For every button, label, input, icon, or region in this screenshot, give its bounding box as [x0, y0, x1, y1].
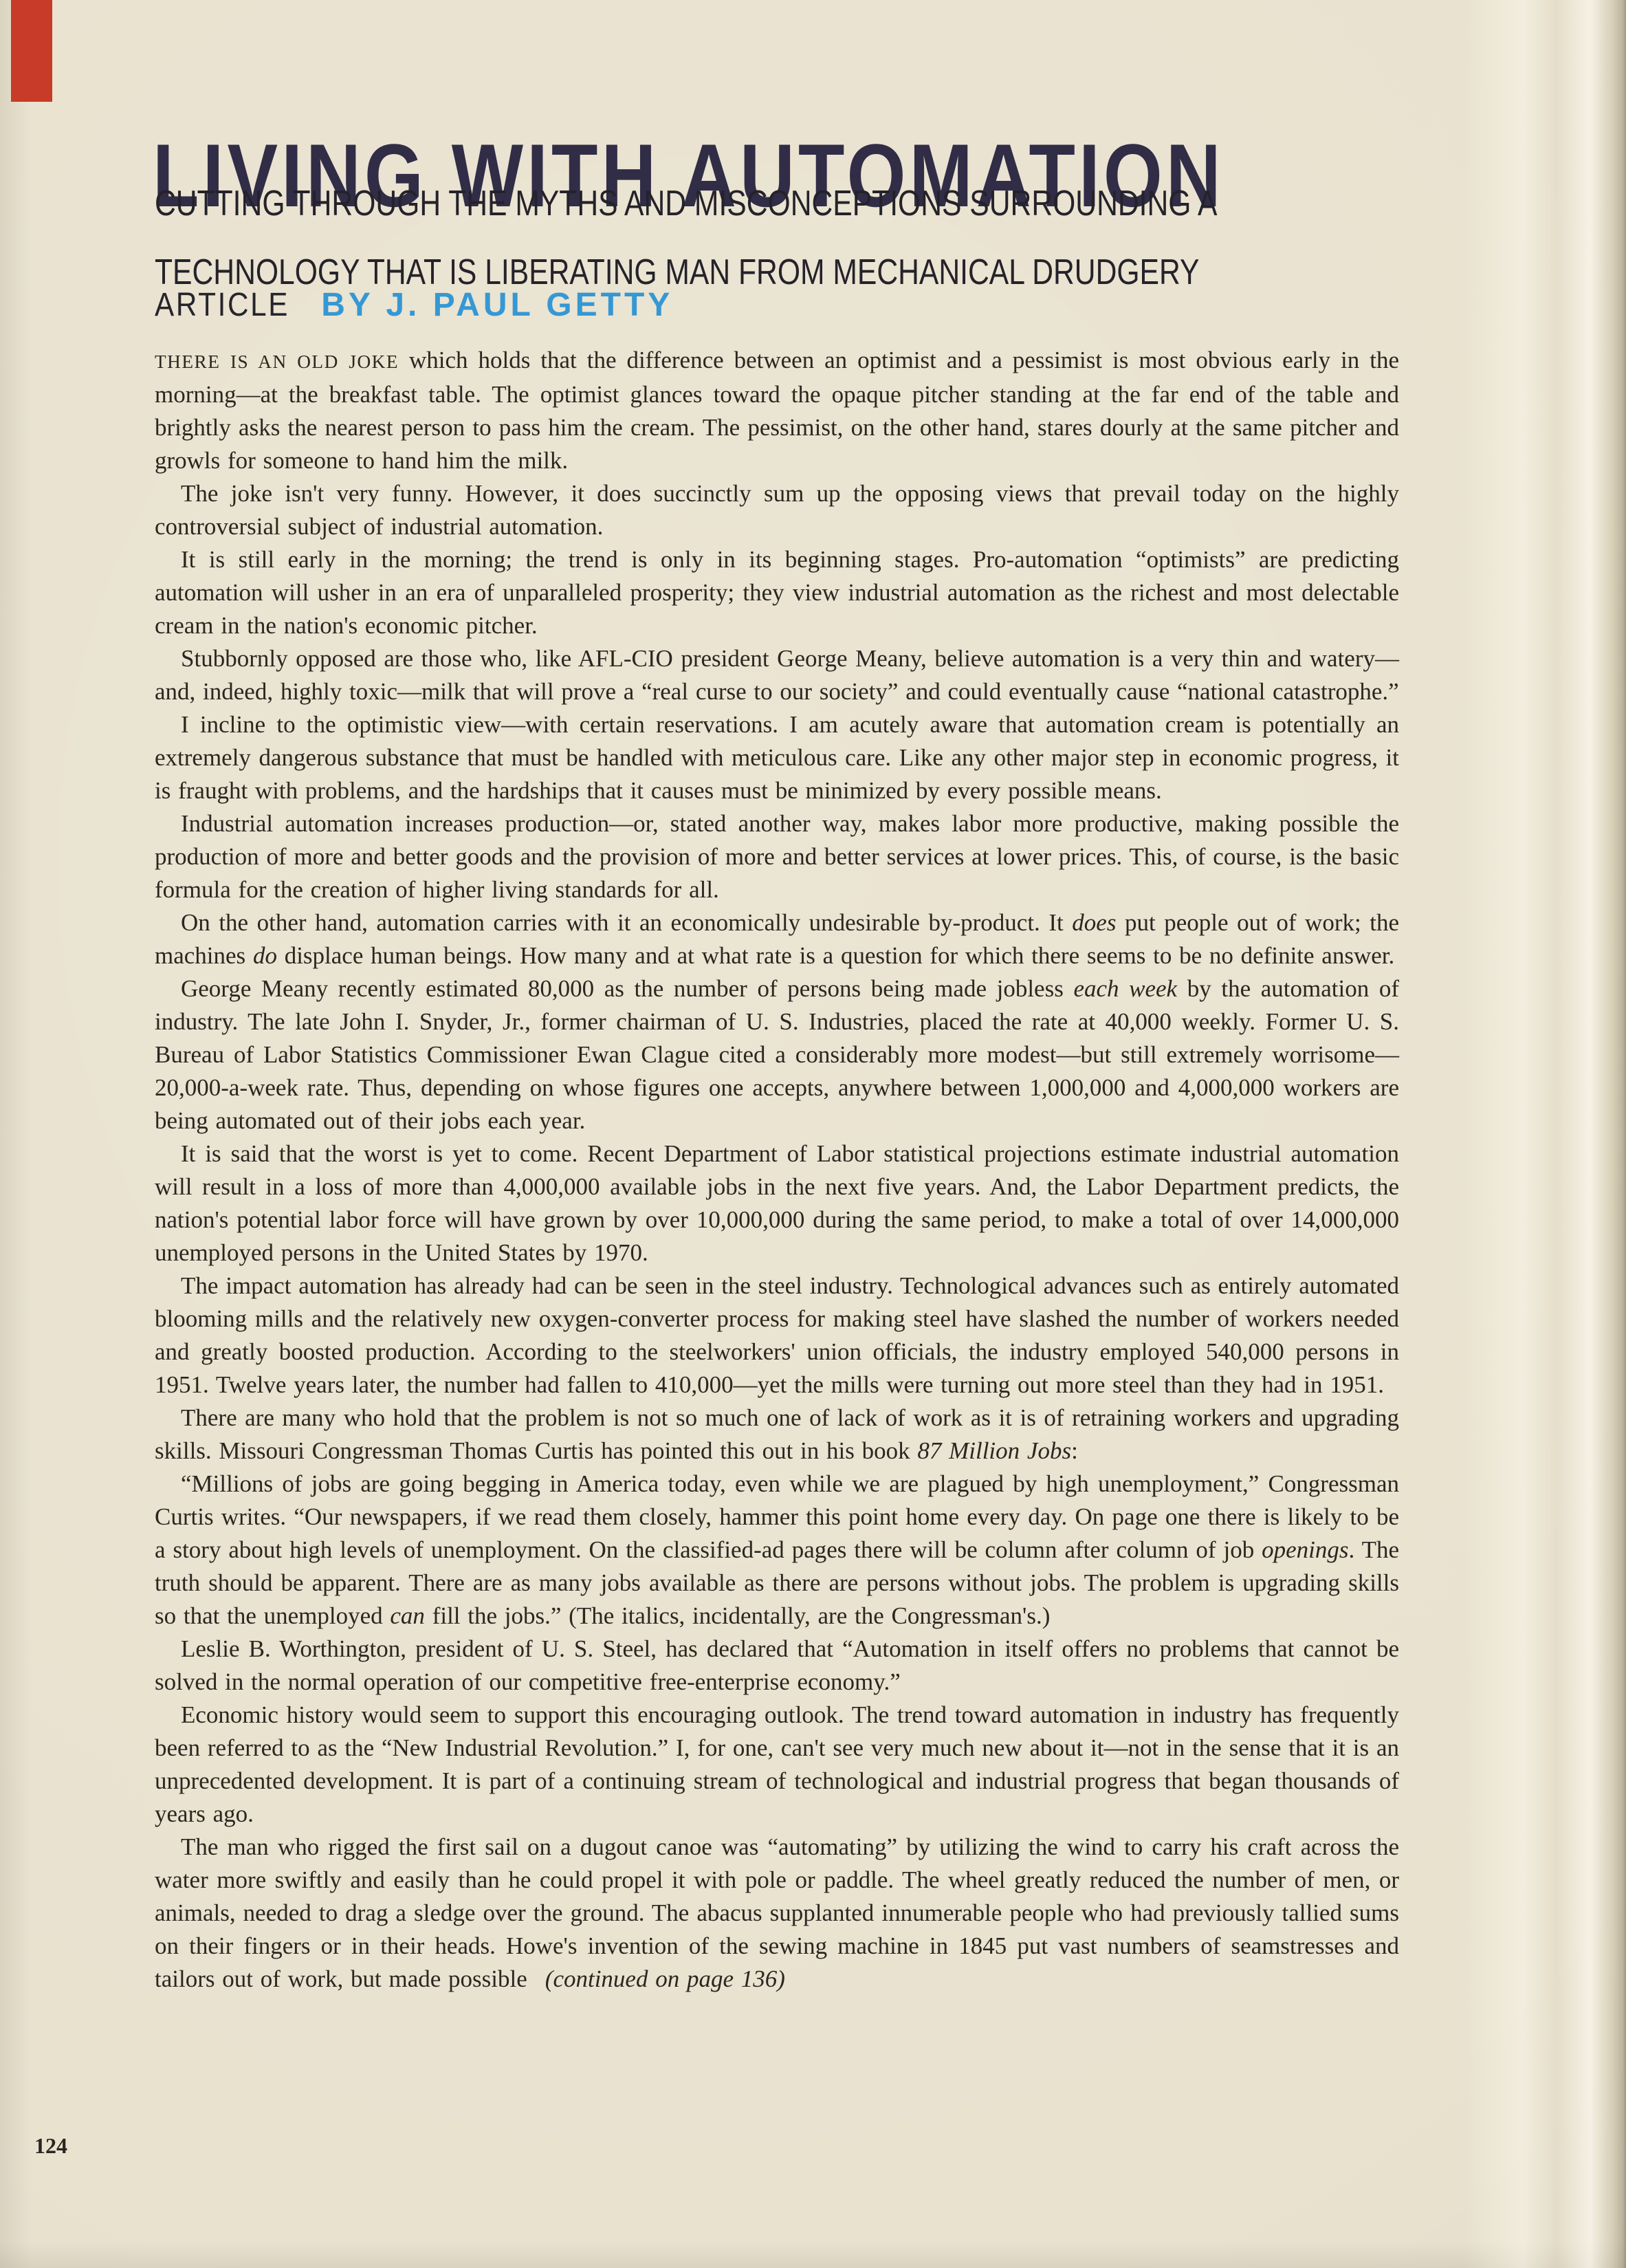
paragraph-segment: It is said that the worst is yet to come…: [155, 1140, 1399, 1266]
body-paragraph: “Millions of jobs are going begging in A…: [155, 1468, 1399, 1633]
paragraph-segment: Economic history would seem to support t…: [155, 1701, 1399, 1827]
paragraph-segment: Leslie B. Worthington, president of U. S…: [155, 1635, 1399, 1695]
magazine-page: LIVING WITH AUTOMATION CUTTING THROUGH T…: [0, 0, 1626, 2268]
body-paragraph: Economic history would seem to support t…: [155, 1699, 1399, 1831]
byline: BY J. PAUL GETTY: [321, 287, 673, 324]
paragraph-segment: fill the jobs.” (The italics, incidental…: [425, 1602, 1050, 1629]
paragraph-segment: :: [1071, 1437, 1078, 1464]
paragraph-segment: “Millions of jobs are going begging in A…: [155, 1470, 1399, 1563]
continued-note: (continued on page 136): [527, 1965, 785, 1992]
page-left-edge-shading: [0, 0, 32, 2268]
paragraph-segment: do: [253, 942, 277, 969]
paragraph-segment: displace human beings. How many and at w…: [277, 942, 1394, 969]
body-paragraph: The man who rigged the first sail on a d…: [155, 1831, 1399, 1996]
red-corner-mark: [11, 0, 52, 102]
body-paragraph: Stubbornly opposed are those who, like A…: [155, 642, 1399, 708]
paragraph-segment: can: [390, 1602, 425, 1629]
body-paragraph: Leslie B. Worthington, president of U. S…: [155, 1633, 1399, 1699]
page-number: 124: [34, 2133, 67, 2159]
body-paragraph: THERE IS AN OLD JOKE which holds that th…: [155, 344, 1399, 477]
body-paragraph: It is still early in the morning; the tr…: [155, 543, 1399, 642]
paragraph-segment: It is still early in the morning; the tr…: [155, 546, 1399, 639]
paragraph-segment: There are many who hold that the problem…: [155, 1404, 1399, 1464]
body-paragraph: It is said that the worst is yet to come…: [155, 1137, 1399, 1269]
paragraph-segment: The joke isn't very funny. However, it d…: [155, 480, 1399, 540]
paragraph-segment: Stubbornly opposed are those who, like A…: [155, 645, 1399, 705]
body-paragraph: Industrial automation increases producti…: [155, 807, 1399, 906]
body-paragraph: I incline to the optimistic view—with ce…: [155, 708, 1399, 807]
subtitle-line-1: CUTTING THROUGH THE MYTHS AND MISCONCEPT…: [155, 169, 1384, 238]
body-paragraph: The joke isn't very funny. However, it d…: [155, 477, 1399, 543]
article-kicker: ARTICLE BY J. PAUL GETTY: [155, 287, 673, 324]
paragraph-segment: each week: [1073, 975, 1177, 1002]
page-curl-shading: [1464, 0, 1626, 2268]
paragraph-segment: On the other hand, automation carries wi…: [181, 909, 1072, 936]
subtitle-line-1-text: CUTTING THROUGH THE MYTHS AND MISCONCEPT…: [155, 169, 1217, 238]
paragraph-segment: George Meany recently estimated 80,000 a…: [181, 975, 1073, 1002]
article-body: THERE IS AN OLD JOKE which holds that th…: [155, 344, 1399, 1996]
paragraph-segment: does: [1072, 909, 1116, 936]
paragraph-segment: I incline to the optimistic view—with ce…: [155, 711, 1399, 804]
kicker-label: ARTICLE: [155, 287, 289, 324]
body-paragraph: The impact automation has already had ca…: [155, 1269, 1399, 1402]
paragraph-segment: Industrial automation increases producti…: [155, 810, 1399, 903]
body-paragraph: George Meany recently estimated 80,000 a…: [155, 972, 1399, 1137]
body-paragraph: There are many who hold that the problem…: [155, 1402, 1399, 1468]
page-bottom-edge-shading: [0, 2240, 1626, 2268]
paragraph-segment: The impact automation has already had ca…: [155, 1272, 1399, 1398]
article-subtitle: CUTTING THROUGH THE MYTHS AND MISCONCEPT…: [155, 169, 1384, 307]
paragraph-segment: openings: [1262, 1536, 1348, 1563]
body-paragraph: On the other hand, automation carries wi…: [155, 906, 1399, 972]
paragraph-segment: THERE IS AN OLD JOKE: [155, 351, 399, 372]
paragraph-segment: 87 Million Jobs: [917, 1437, 1071, 1464]
